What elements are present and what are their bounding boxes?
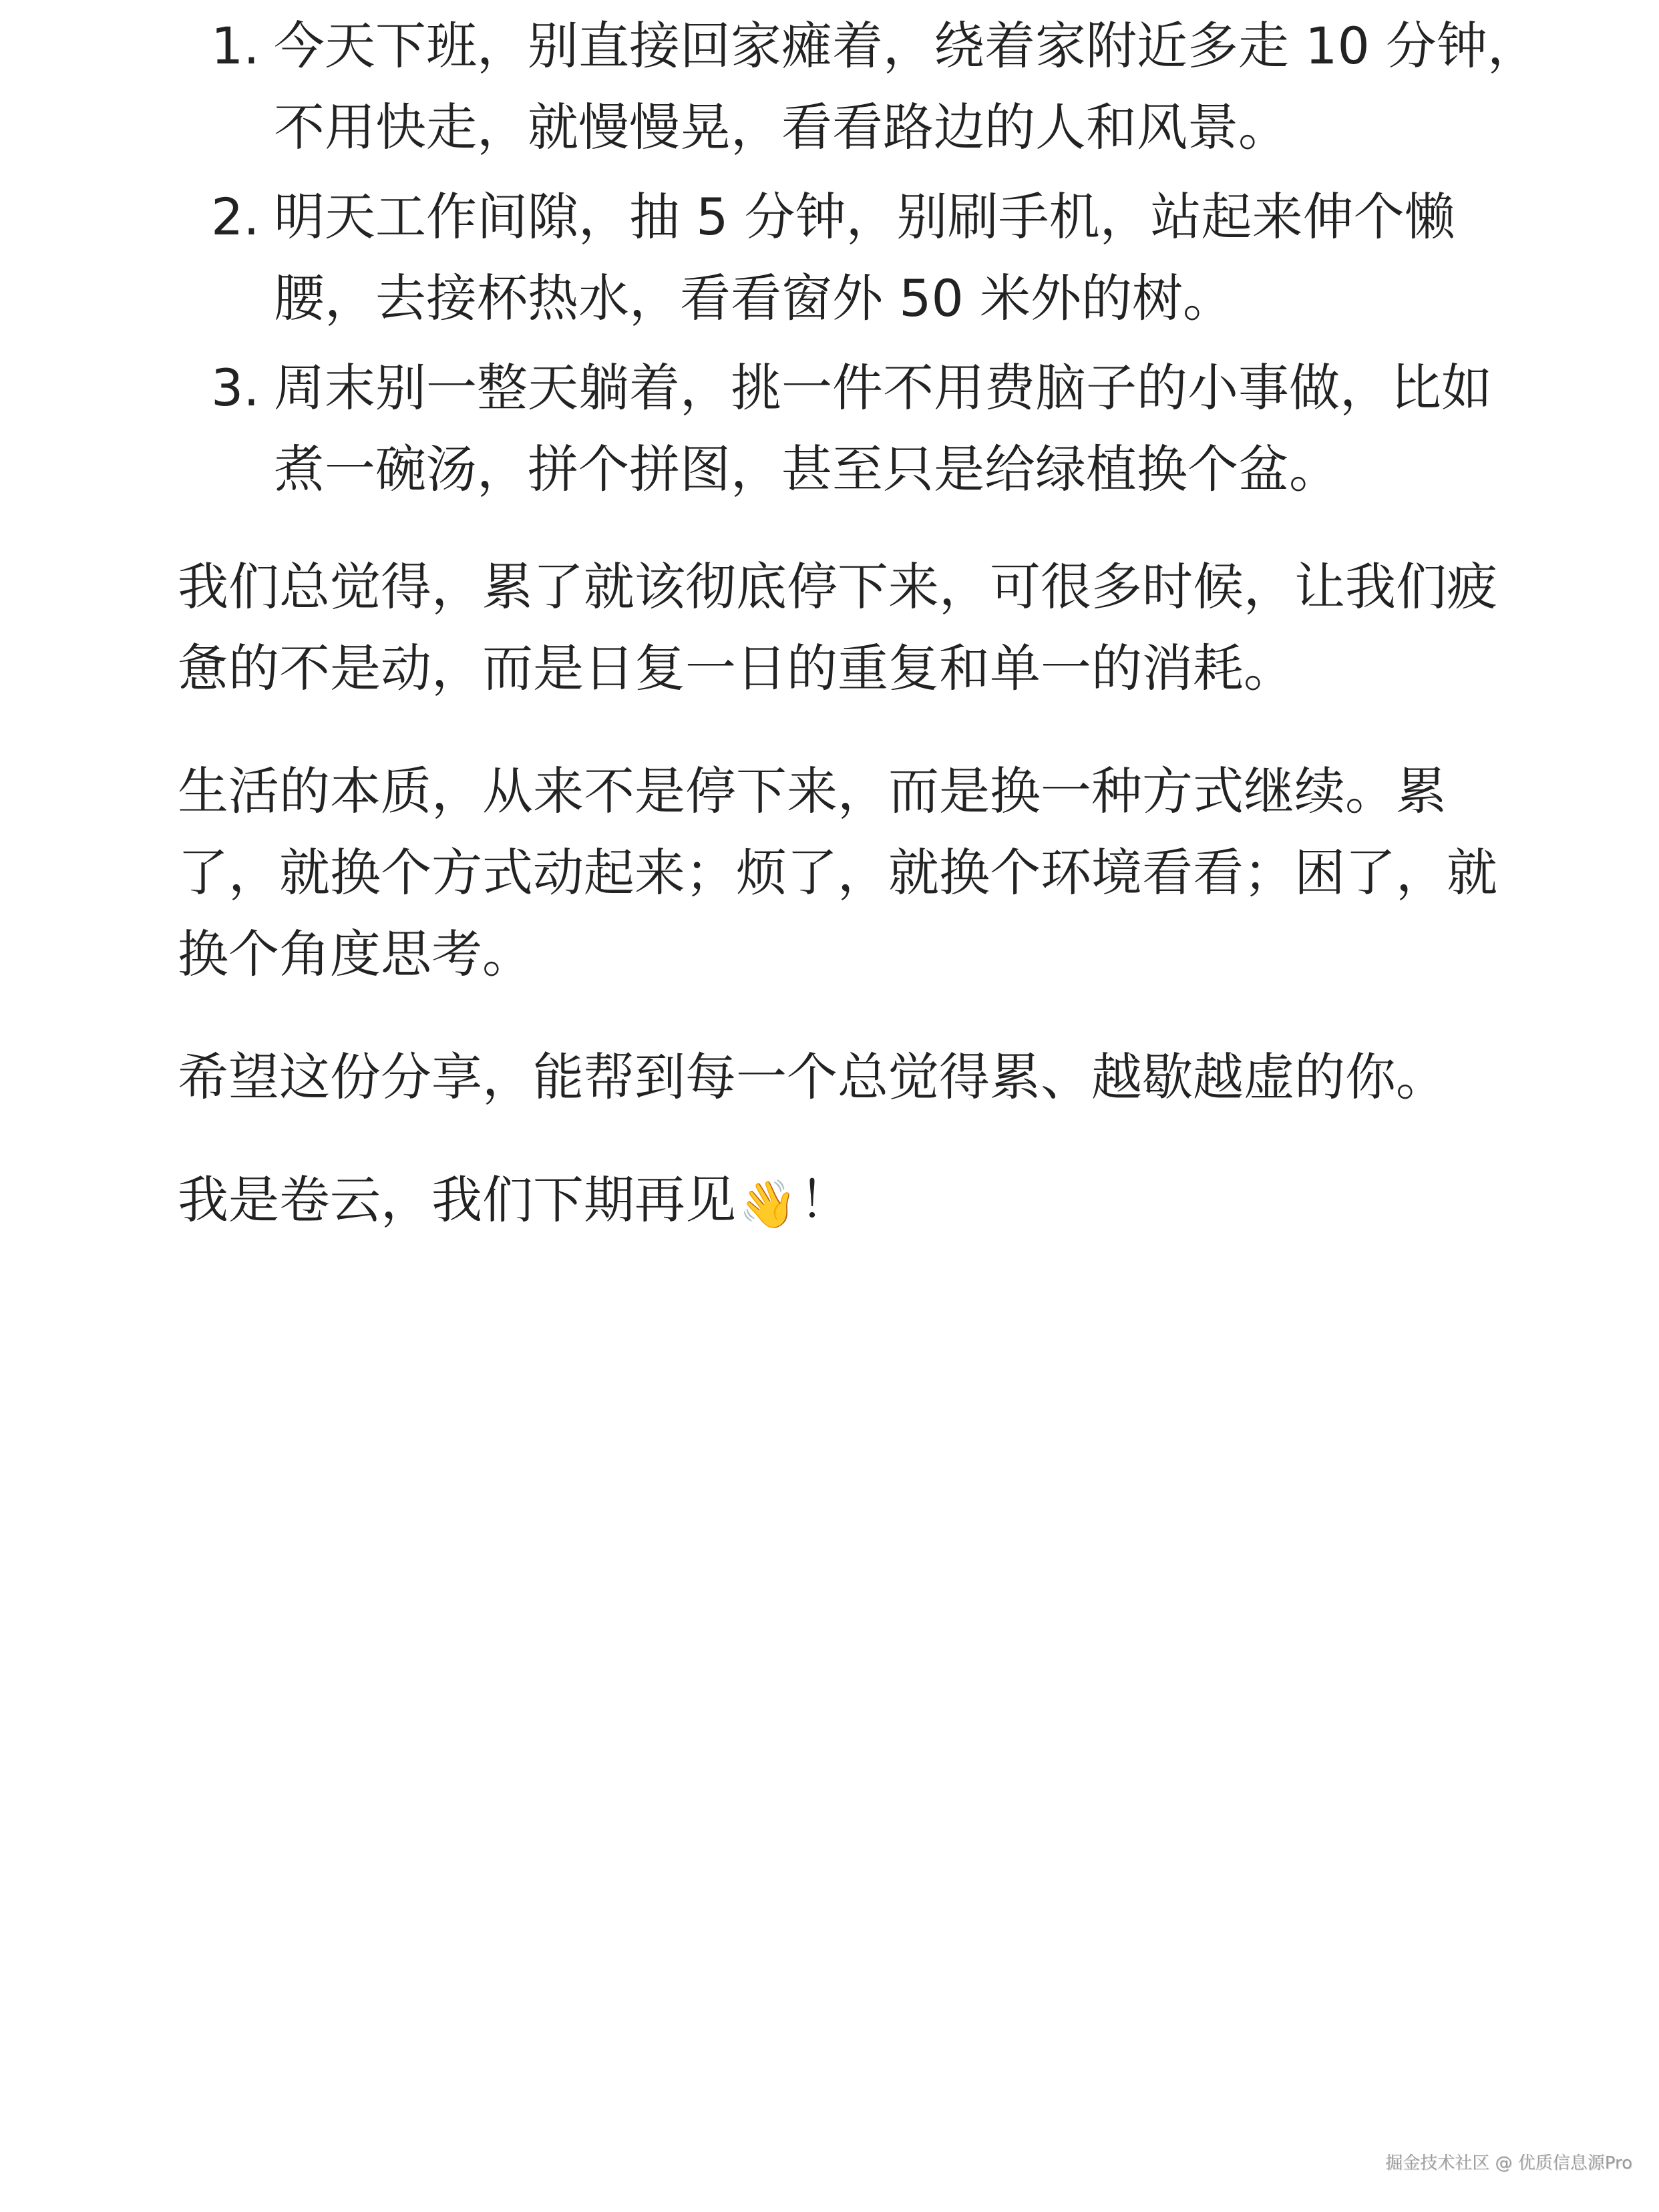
list-item-number: 2. bbox=[211, 176, 260, 258]
list-item-text: 今天下班，别直接回家瘫着，绕着家附近多走 10 分钟，不用快走，就慢慢晃，看看路… bbox=[274, 16, 1538, 157]
paragraph: 希望这份分享，能帮到每一个总觉得累、越歇越虚的你。 bbox=[178, 1037, 1540, 1118]
list-item: 2. 明天工作间隙，抽 5 分钟，别刷手机，站起来伸个懒腰，去接杯热水，看看窗外… bbox=[178, 176, 1540, 339]
closing-exclamation: ！ bbox=[799, 1170, 850, 1230]
watermark: 掘金技术社区 @ 优质信息源Pro bbox=[1385, 2149, 1632, 2174]
paragraph: 生活的本质，从来不是停下来，而是换一种方式继续。累了，就换个方式动起来；烦了，就… bbox=[178, 751, 1540, 995]
closing-text: 我是卷云，我们下期再见 bbox=[178, 1170, 736, 1230]
list-item-text: 明天工作间隙，抽 5 分钟，别刷手机，站起来伸个懒腰，去接杯热水，看看窗外 50… bbox=[274, 187, 1455, 328]
list-item-text: 周末别一整天躺着，挑一件不用费脑子的小事做，比如煮一碗汤，拼个拼图，甚至只是给绿… bbox=[274, 358, 1492, 499]
article-body: 1. 今天下班，别直接回家瘫着，绕着家附近多走 10 分钟，不用快走，就慢慢晃，… bbox=[178, 0, 1540, 1241]
action-steps-list: 1. 今天下班，别直接回家瘫着，绕着家附近多走 10 分钟，不用快走，就慢慢晃，… bbox=[178, 5, 1540, 510]
paragraph: 我们总觉得，累了就该彻底停下来，可很多时候，让我们疲惫的不是动，而是日复一日的重… bbox=[178, 546, 1540, 709]
closing-line: 我是卷云，我们下期再见👋！ bbox=[178, 1159, 1540, 1241]
list-item-number: 3. bbox=[211, 347, 260, 429]
list-item: 3. 周末别一整天躺着，挑一件不用费脑子的小事做，比如煮一碗汤，拼个拼图，甚至只… bbox=[178, 347, 1540, 510]
list-item: 1. 今天下班，别直接回家瘫着，绕着家附近多走 10 分钟，不用快走，就慢慢晃，… bbox=[178, 5, 1540, 168]
list-item-number: 1. bbox=[211, 5, 260, 87]
waving-hand-icon: 👋 bbox=[739, 1181, 797, 1228]
